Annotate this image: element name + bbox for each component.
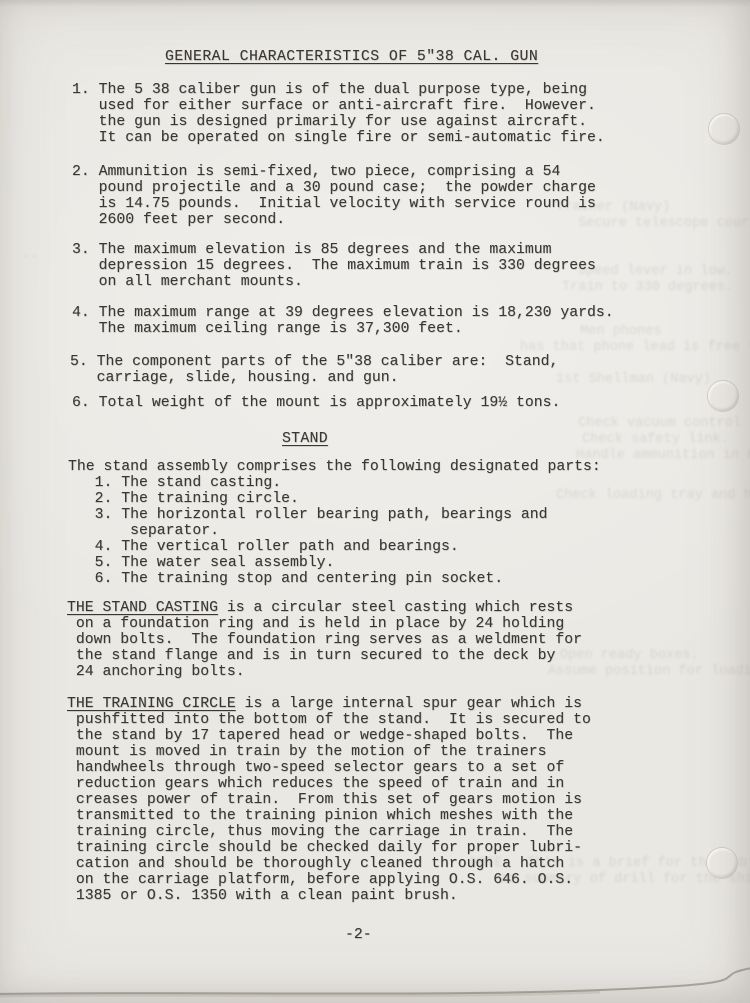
bleedthrough-text: Train to 330 degrees.	[562, 280, 733, 295]
numbered-paragraph-5: 5. The component parts of the 5"38 calib…	[70, 354, 558, 386]
stand-parts-list: The stand assembly comprises the followi…	[68, 459, 601, 587]
bleedthrough-text: Check safety link.	[582, 432, 729, 447]
bleedthrough-text: Trainer (Navy)	[556, 200, 670, 215]
punch-hole	[708, 113, 740, 145]
bleedthrough-text: Speed lever in low.	[578, 264, 733, 279]
bleedthrough-text: Check loading tray and hoist	[556, 488, 750, 503]
bleedthrough-text: 1st Shellman (Navy)	[556, 372, 711, 387]
numbered-paragraph-1: 1. The 5 38 caliber gun is of the dual p…	[72, 82, 605, 146]
numbered-paragraph-3: 3. The maximum elevation is 85 degrees a…	[72, 242, 596, 290]
punch-hole	[707, 380, 739, 412]
bleedthrough-text: Secure telescope course	[578, 216, 750, 231]
underlined-lead: THE TRAINING CIRCLE	[67, 696, 236, 712]
bleedthrough-text: --	[22, 250, 38, 265]
bleedthrough-text: Handle ammunition in magazine.	[576, 448, 750, 463]
bleedthrough-text: Men phones	[580, 324, 662, 339]
bleedthrough-text: Open ready boxes.	[560, 648, 699, 663]
numbered-paragraph-4: 4. The maximum range at 39 degrees eleva…	[72, 305, 614, 337]
bleedthrough-text: has that phone lead is free for elevatio…	[520, 340, 750, 355]
section-heading-stand: STAND	[282, 431, 328, 447]
document-page: GENERAL CHARACTERISTICS OF 5"38 CAL. GUN…	[0, 0, 750, 1003]
punch-hole	[706, 847, 738, 879]
bleedthrough-text: Check vacuum control lever and turn on r…	[578, 416, 750, 431]
stand-casting-paragraph: THE STAND CASTING is a circular steel ca…	[67, 600, 582, 680]
bleedthrough-text: Assume position for loading.	[548, 664, 750, 679]
document-title: GENERAL CHARACTERISTICS OF 5"38 CAL. GUN	[165, 49, 538, 65]
underlined-lead: THE STAND CASTING	[67, 600, 218, 616]
page-number: -2-	[345, 927, 372, 943]
numbered-paragraph-6: 6. Total weight of the mount is approxim…	[72, 395, 560, 411]
numbered-paragraph-2: 2. Ammunition is semi-fixed, two piece, …	[72, 164, 596, 228]
